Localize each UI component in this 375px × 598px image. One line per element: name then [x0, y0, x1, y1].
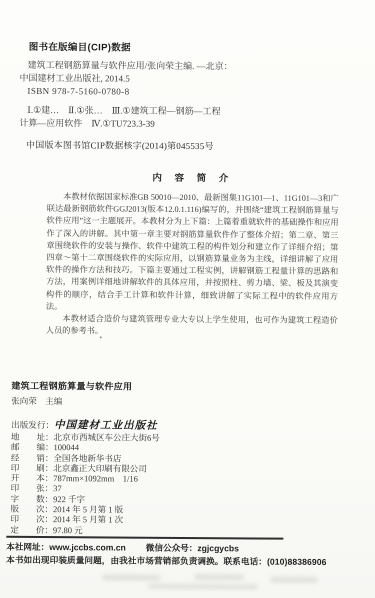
copyright-page: 图书在版编目(CIP)数据 建筑工程钢筋算量与软件应用/张向荣主编. —北京： …: [0, 0, 375, 598]
summary-paragraph-1: 本教材依据国家标准GB 50010—2010、最新图集11G101—1、11G1…: [46, 191, 339, 315]
publisher-name-logotype: 中国建材工业出版社: [54, 420, 158, 432]
row-label: 字 数：: [11, 494, 54, 504]
footer-notice: 本书如出现印装质量问题，由我社市场营销部负责调换。联系电话：(010)88386…: [6, 555, 346, 568]
scan-smudge: [148, 584, 258, 590]
cip-block: 图书在版编目(CIP)数据 建筑工程钢筋算量与软件应用/张向荣主编. —北京： …: [19, 41, 280, 154]
row-label: 地 址：: [11, 432, 54, 442]
row-label: 印 刷：: [11, 463, 54, 473]
publisher-label: 出版发行：: [11, 420, 54, 430]
content-summary: 内 容 简 介 本教材依据国家标准GB 50010—2010、最新图集11G10…: [46, 169, 339, 339]
row-value: 787mm×1092mm 1/16: [53, 473, 138, 484]
row-value: 2014 年 5 月第 1 版: [53, 504, 123, 514]
cip-heading: 图书在版编目(CIP)数据: [29, 41, 280, 56]
row-value: 2014 年 5 月第 1 次: [53, 514, 123, 524]
row-value: 97.80 元: [53, 525, 83, 535]
row-value: 37: [53, 484, 62, 494]
footer-contacts: 本社网址：www.jccbs.com.cn 微信公众号：zgjcgycbs: [6, 542, 346, 555]
row-value: 全国各地新华书店: [53, 453, 121, 463]
editor-line: 张向荣 主编: [11, 395, 301, 409]
row-value: 北京鑫正大印刷有限公司: [53, 463, 147, 474]
footer-website: 本社网址：www.jccbs.com.cn: [6, 542, 126, 554]
scan-artifacts: [2, 0, 375, 1]
colophon-row-price: 定 价：97.80 元: [10, 524, 300, 536]
row-label: 经 销：: [11, 452, 54, 462]
summary-heading: 内 容 简 介: [47, 169, 339, 185]
scan-smudge: [194, 574, 244, 580]
row-label: 版 次：: [10, 504, 53, 514]
publisher-row: 出版发行：中国建材工业出版社: [11, 420, 301, 433]
summary-paragraph-2: 本教材适合造价与建筑管理专业大专以上学生使用，也可作为建筑工程造价人员的参考书。: [46, 313, 338, 339]
colophon-rows: 地 址：北京市西城区车公庄大街6号 邮 编：100044 经 销：全国各地新华书…: [10, 432, 301, 537]
row-label: 定 价：: [10, 524, 53, 534]
footer-wechat: 微信公众号：zgjcgycbs: [146, 543, 239, 555]
book-title: 建筑工程钢筋算量与软件应用: [11, 379, 301, 394]
scan-smudge: [270, 577, 318, 583]
row-label: 印 张：: [11, 483, 54, 493]
cip-record-number: 中国版本图书馆CIP数据核字(2014)第045535号: [26, 139, 279, 154]
row-label: 邮 编：: [11, 442, 54, 452]
colophon-block: 建筑工程钢筋算量与软件应用 张向荣 主编 出版发行：中国建材工业出版社 地 址：…: [10, 379, 301, 537]
isbn-line: ISBN 978-7-5160-0780-8: [27, 85, 279, 100]
row-value: 922 千字: [53, 494, 85, 504]
row-label: 印 次：: [10, 514, 53, 524]
cip-title-statement: 建筑工程钢筋算量与软件应用/张向荣主编. —北京： 中国建材工业出版社, 201…: [19, 59, 279, 100]
scan-speck: [100, 336, 102, 338]
row-label: 开 本：: [11, 473, 54, 483]
row-value: 北京市西城区车公庄大街6号: [54, 432, 160, 443]
scanned-sheet: 图书在版编目(CIP)数据 建筑工程钢筋算量与软件应用/张向荣主编. —北京： …: [0, 0, 375, 598]
cip-class-line2: 计算—应用软件 Ⅳ.①TU723.3-39: [19, 117, 279, 132]
cip-classification: Ⅰ.①建… Ⅱ.①张… Ⅲ.①建筑工程—钢筋—工程 计算—应用软件 Ⅳ.①TU7…: [19, 104, 279, 132]
footer-block: 本社网址：www.jccbs.com.cn 微信公众号：zgjcgycbs 本书…: [6, 540, 346, 568]
scan-smudge: [102, 574, 160, 580]
row-value: 100044: [53, 442, 79, 452]
